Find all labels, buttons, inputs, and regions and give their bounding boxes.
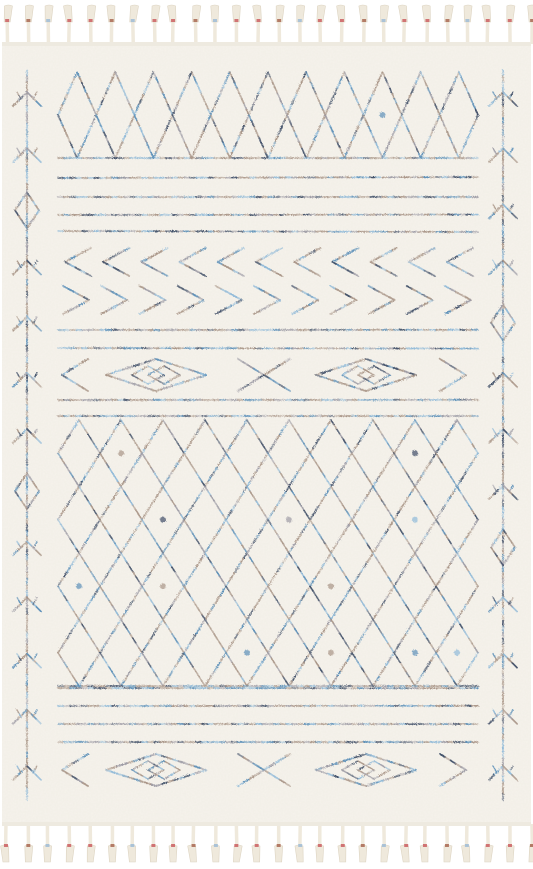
rug-photo [0,0,533,869]
rug-body [2,42,531,826]
rug-illustration [0,0,533,869]
top-fringe-tassels [4,5,533,44]
bottom-fringe-tassels [1,824,533,862]
